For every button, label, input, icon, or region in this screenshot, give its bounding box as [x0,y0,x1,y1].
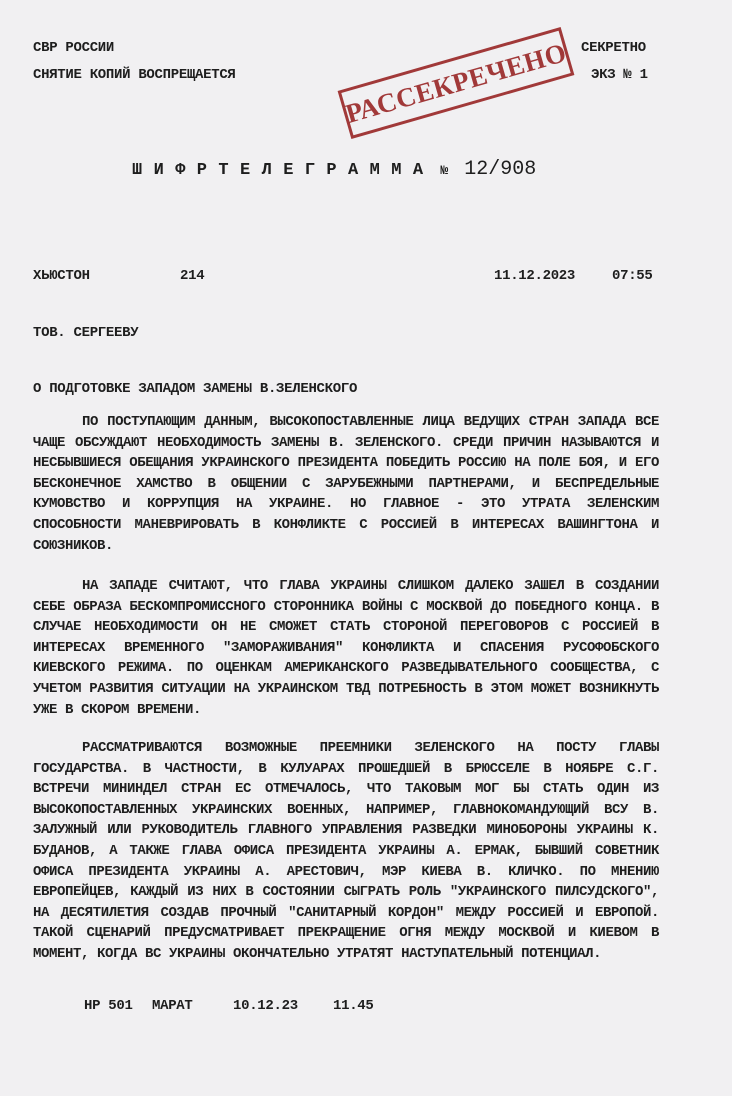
number-sign: № [440,163,448,178]
sent-date: 11.12.2023 [494,268,575,284]
origin-code: 214 [180,268,204,284]
telegram-document: СВР РОССИИ СНЯТИЕ КОПИЙ ВОСПРЕЩАЕТСЯ СЕК… [0,0,732,1096]
telegram-number: 12/908 [464,158,536,181]
footer-code: НР 501 [84,998,133,1014]
footer-date: 10.12.23 [233,998,298,1014]
sent-time: 07:55 [612,268,653,284]
document-title: ШИФРТЕЛЕГРАММА№12/908 [132,158,536,181]
copy-notice: СНЯТИЕ КОПИЙ ВОСПРЕЩАЕТСЯ [33,67,236,83]
title-label: ШИФРТЕЛЕГРАММА [132,161,434,180]
body-paragraph-3: РАССМАТРИВАЮТСЯ ВОЗМОЖНЫЕ ПРЕЕМНИКИ ЗЕЛЕ… [33,738,659,965]
subject-line: О ПОДГОТОВКЕ ЗАПАДОМ ЗАМЕНЫ В.ЗЕЛЕНСКОГО [33,381,357,397]
agency-label: СВР РОССИИ [33,40,114,56]
stamp-text: РАССЕКРЕЧЕНО [342,37,570,130]
body-paragraph-1: ПО ПОСТУПАЮЩИМ ДАННЫМ, ВЫСОКОПОСТАВЛЕННЫ… [33,412,659,556]
origin-city: ХЬЮСТОН [33,268,90,284]
body-paragraph-2: НА ЗАПАДЕ СЧИТАЮТ, ЧТО ГЛАВА УКРАИНЫ СЛИ… [33,576,659,720]
copy-number: ЭКЗ № 1 [591,67,648,83]
declassified-stamp: РАССЕКРЕЧЕНО [338,27,575,139]
footer-signature: МАРАТ [152,998,193,1014]
addressee: ТОВ. СЕРГЕЕВУ [33,325,138,341]
classification-label: СЕКРЕТНО [581,40,646,56]
footer-time: 11.45 [333,998,374,1014]
